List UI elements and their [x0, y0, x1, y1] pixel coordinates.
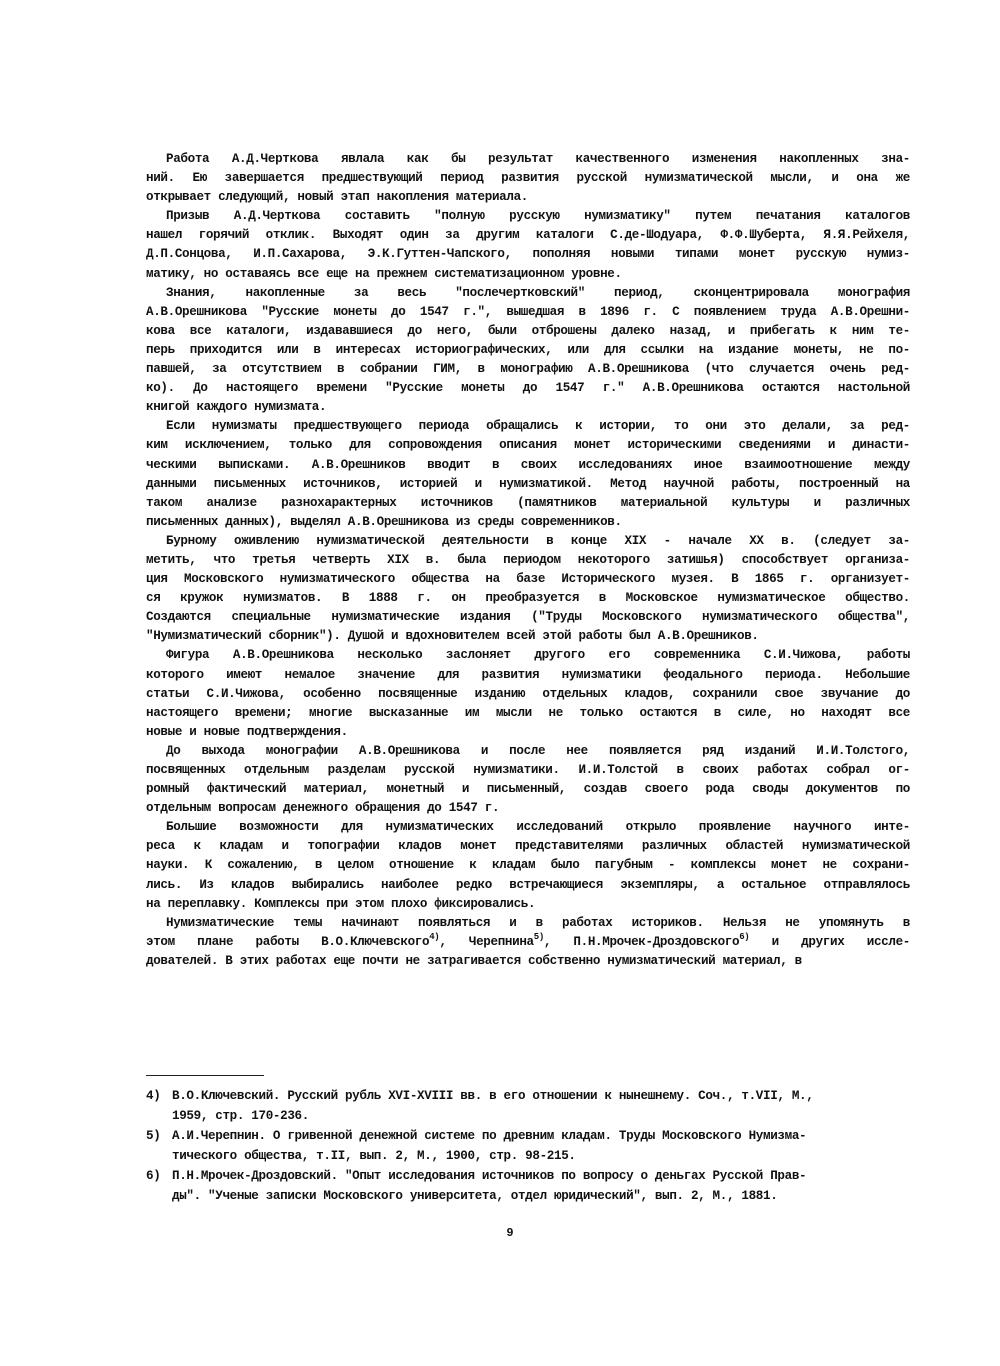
text-line: Фигура А.В.Орешникова несколько заслоняе… [146, 646, 910, 665]
body-text: Работа А.Д.Черткова явлала как бы резуль… [146, 150, 910, 971]
footnote-text: П.Н.Мрочек-Дроздовский. "Опыт исследован… [172, 1169, 806, 1183]
text-line: на переплавку. Комплексы при этом плохо … [146, 895, 910, 914]
paragraph: Если нумизматы предшествующего периода о… [146, 417, 910, 532]
text-line: лись. Из кладов выбирались наиболее редк… [146, 876, 910, 895]
footnote-number: 6) [146, 1166, 172, 1186]
text-line: кова все каталоги, издававшиеся до него,… [146, 322, 910, 341]
text-line: А.В.Орешникова "Русские монеты до 1547 г… [146, 303, 910, 322]
text-line: Д.П.Сонцова, И.П.Сахарова, Э.К.Гуттен-Ча… [146, 245, 910, 264]
page-number: 9 [500, 1226, 520, 1240]
text-line: Создаются специальные нумизматические из… [146, 608, 910, 627]
text-line: науки. К сожалению, в целом отношение к … [146, 856, 910, 875]
text-line: отдельным вопросам денежного обращения д… [146, 799, 910, 818]
text-line: книгой каждого нумизмата. [146, 398, 910, 417]
footnote-text: тического общества, т.II, вып. 2, М., 19… [172, 1149, 576, 1163]
text-line: Если нумизматы предшествующего периода о… [146, 417, 910, 436]
text-line: письменных данных), выделял А.В.Орешнико… [146, 513, 910, 532]
text-line: До выхода монографии А.В.Орешникова и по… [146, 742, 910, 761]
text-line: которого имеют немалое значение для разв… [146, 666, 910, 685]
text-line: перь приходится или в интересах историог… [146, 341, 910, 360]
text-line: данными письменных источников, историей … [146, 475, 910, 494]
text-line: ческими выписками. А.В.Орешников вводит … [146, 456, 910, 475]
text-line: метить, что третья четверть XIX в. была … [146, 551, 910, 570]
text-line: новые и новые подтверждения. [146, 723, 910, 742]
footnote-text: ды". "Ученые записки Московского универс… [172, 1189, 777, 1203]
text-line: статьи С.И.Чижова, особенно посвященные … [146, 685, 910, 704]
text-line: ромный фактический материал, монетный и … [146, 780, 910, 799]
footnote-reference[interactable]: 5) [534, 932, 544, 942]
footnote-separator [146, 1075, 264, 1076]
text-line: "Нумизматический сборник"). Душой и вдох… [146, 627, 910, 646]
paragraph: Нумизматические темы начинают появляться… [146, 914, 910, 971]
text-line: посвященных отдельным разделам русской н… [146, 761, 910, 780]
text-line: дователей. В этих работах еще почти не з… [146, 952, 910, 971]
footnote-text: 1959, стр. 170-236. [172, 1109, 309, 1123]
paragraph: Бурному оживлению нумизматической деятел… [146, 532, 910, 647]
footnote-reference[interactable]: 6) [739, 932, 749, 942]
footnote-number: 5) [146, 1126, 172, 1146]
paragraph: Фигура А.В.Орешникова несколько заслоняе… [146, 646, 910, 741]
footnote: 4)В.О.Ключевский. Русский рубль XVI-XVII… [146, 1086, 910, 1126]
footnote-reference[interactable]: 4) [429, 932, 439, 942]
text-line: открывает следующий, новый этап накоплен… [146, 188, 910, 207]
text-line: матику, но оставаясь все еще на прежнем … [146, 265, 910, 284]
text-line: реса к кладам и топографии кладов монет … [146, 837, 910, 856]
text-line: павшей, за отсутствием в собрании ГИМ, в… [146, 360, 910, 379]
document-page: Работа А.Д.Черткова явлала как бы резуль… [0, 0, 1000, 1366]
paragraph: Работа А.Д.Черткова явлала как бы резуль… [146, 150, 910, 207]
text-line: нашел горячий отклик. Выходят один за др… [146, 226, 910, 245]
text-line: Работа А.Д.Черткова явлала как бы резуль… [146, 150, 910, 169]
footnote: 6)П.Н.Мрочек-Дроздовский. "Опыт исследов… [146, 1166, 910, 1206]
text-line: ким исключением, только для сопровождени… [146, 436, 910, 455]
text-line: ся кружок нумизматов. В 1888 г. он преоб… [146, 589, 910, 608]
text-line: Бурному оживлению нумизматической деятел… [146, 532, 910, 551]
footnote: 5)А.И.Черепнин. О гривенной денежной сис… [146, 1126, 910, 1166]
text-line: Большие возможности для нумизматических … [146, 818, 910, 837]
footnote-number: 4) [146, 1086, 172, 1106]
footnote-text: В.О.Ключевский. Русский рубль XVI-XVIII … [172, 1089, 813, 1103]
text-line: настоящего времени; многие высказанные и… [146, 704, 910, 723]
text-line: ция Московского нумизматического обществ… [146, 570, 910, 589]
text-line: Знания, накопленные за весь "послечертко… [146, 284, 910, 303]
footnotes: 4)В.О.Ключевский. Русский рубль XVI-XVII… [146, 1086, 910, 1206]
paragraph: Призыв А.Д.Черткова составить "полную ру… [146, 207, 910, 283]
text-line: ний. Ею завершается предшествующий перио… [146, 169, 910, 188]
footnote-text: А.И.Черепнин. О гривенной денежной систе… [172, 1129, 806, 1143]
paragraph: До выхода монографии А.В.Орешникова и по… [146, 742, 910, 818]
text-line: Призыв А.Д.Черткова составить "полную ру… [146, 207, 910, 226]
text-line: таком анализе разнохарактерных источнико… [146, 494, 910, 513]
text-line: Нумизматические темы начинают появляться… [146, 914, 910, 933]
paragraph: Большие возможности для нумизматических … [146, 818, 910, 913]
text-line: этом плане работы В.О.Ключевского4), Чер… [146, 933, 910, 952]
paragraph: Знания, накопленные за весь "послечертко… [146, 284, 910, 418]
text-line: ко). До настоящего времени "Русские моне… [146, 379, 910, 398]
